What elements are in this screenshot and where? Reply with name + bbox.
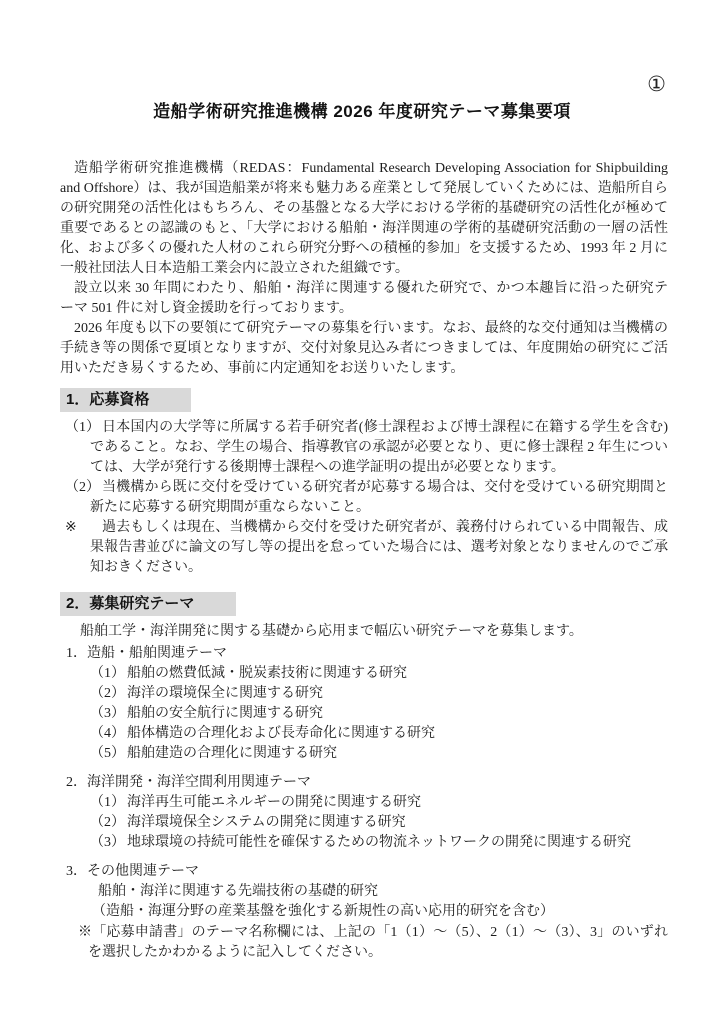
item-marker: （2）	[90, 684, 125, 704]
note-marker: ※	[78, 925, 92, 940]
theme-group-title: 1．造船・船舶関連テーマ	[60, 644, 668, 664]
item-marker: （3）	[90, 833, 125, 853]
item-marker: （1）	[90, 793, 125, 813]
item-text: 海洋の環境保全に関連する研究	[127, 686, 323, 701]
section-eligibility-heading: 1．応募資格	[60, 388, 191, 412]
eligibility-note: ※ 過去もしくは現在、当機構から交付を受けた研究者が、義務付けられている中間報告…	[60, 518, 668, 578]
theme-group-ocean: 2．海洋開発・海洋空間利用関連テーマ （1） 海洋再生可能エネルギーの開発に関連…	[60, 773, 668, 853]
theme-item: （2） 海洋環境保全システムの開発に関連する研究	[60, 813, 668, 833]
other-theme-line: 船舶・海洋に関連する先端技術の基礎的研究	[60, 882, 668, 902]
theme-group-title: 2．海洋開発・海洋空間利用関連テーマ	[60, 773, 668, 793]
theme-item: （1） 船舶の燃費低減・脱炭素技術に関連する研究	[60, 664, 668, 684]
item-text: 地球環境の持続可能性を確保するための物流ネットワークの開発に関連する研究	[127, 835, 631, 850]
item-marker: （1）	[65, 418, 100, 438]
item-text: 海洋再生可能エネルギーの開発に関連する研究	[127, 795, 421, 810]
theme-item: （3） 地球環境の持続可能性を確保するための物流ネットワークの開発に関連する研究	[60, 833, 668, 853]
note-text: 「応募申請書」のテーマ名称欄には、上記の「1（1）～（5）、2（1）～（3）、3…	[88, 925, 668, 960]
note-marker: ※	[65, 518, 77, 538]
intro-paragraph-2: 設立以来 30 年間にわたり、船舶・海洋に関連する優れた研究で、かつ本趣旨に沿っ…	[60, 279, 668, 319]
intro-paragraph-3: 2026 年度も以下の要領にて研究テーマの募集を行います。なお、最終的な交付通知…	[60, 319, 668, 379]
item-text: 船舶の燃費低減・脱炭素技術に関連する研究	[127, 666, 407, 681]
theme-group-title: 3．その他関連テーマ	[60, 862, 668, 882]
document-title: 造船学術研究推進機構 2026 年度研究テーマ募集要項	[0, 97, 724, 122]
item-marker: （4）	[90, 724, 125, 744]
eligibility-item: （2） 当機構から既に交付を受けている研究者が応募する場合は、交付を受けている研…	[60, 478, 668, 518]
item-marker: （2）	[90, 813, 125, 833]
theme-group-other: 3．その他関連テーマ 船舶・海洋に関連する先端技術の基礎的研究 （造船・海運分野…	[60, 862, 668, 922]
themes-lead-text: 船舶工学・海洋開発に関する基礎から応用まで幅広い研究テーマを募集します。	[60, 622, 668, 642]
theme-group-shipbuilding: 1．造船・船舶関連テーマ （1） 船舶の燃費低減・脱炭素技術に関連する研究 （2…	[60, 644, 668, 764]
other-theme-line: （造船・海運分野の産業基盤を強化する新規性の高い応用的研究を含む）	[60, 902, 668, 922]
theme-item: （1） 海洋再生可能エネルギーの開発に関連する研究	[60, 793, 668, 813]
item-text: 船舶建造の合理化に関連する研究	[127, 746, 337, 761]
item-text: 船体構造の合理化および長寿命化に関連する研究	[127, 726, 435, 741]
eligibility-item: （1） 日本国内の大学等に所属する若手研究者(修士課程および博士課程に在籍する学…	[60, 418, 668, 478]
theme-item: （3） 船舶の安全航行に関連する研究	[60, 704, 668, 724]
item-text: 船舶の安全航行に関連する研究	[127, 706, 323, 721]
section-themes-heading: 2．募集研究テーマ	[60, 592, 236, 616]
note-text: 過去もしくは現在、当機構から交付を受けた研究者が、義務付けられている中間報告、成…	[90, 520, 668, 575]
item-text: 日本国内の大学等に所属する若手研究者(修士課程および博士課程に在籍する学生を含む…	[90, 420, 668, 475]
document-body: 造船学術研究推進機構（REDAS：Fundamental Research De…	[60, 159, 668, 963]
theme-item: （5） 船舶建造の合理化に関連する研究	[60, 744, 668, 764]
intro-paragraph-1: 造船学術研究推進機構（REDAS：Fundamental Research De…	[60, 159, 668, 279]
item-marker: （2）	[65, 478, 100, 498]
item-text: 海洋環境保全システムの開発に関連する研究	[127, 815, 406, 830]
application-form-note: ※「応募申請書」のテーマ名称欄には、上記の「1（1）～（5）、2（1）～（3）、…	[60, 923, 668, 963]
document-page: ① 造船学術研究推進機構 2026 年度研究テーマ募集要項 造船学術研究推進機構…	[0, 0, 724, 1024]
item-marker: （3）	[90, 704, 125, 724]
theme-item: （4） 船体構造の合理化および長寿命化に関連する研究	[60, 724, 668, 744]
item-marker: （5）	[90, 744, 125, 764]
page-number-circle: ①	[647, 72, 666, 96]
section-research-themes: 2．募集研究テーマ 船舶工学・海洋開発に関する基礎から応用まで幅広い研究テーマを…	[60, 592, 668, 963]
section-eligibility: 1．応募資格 （1） 日本国内の大学等に所属する若手研究者(修士課程および博士課…	[60, 388, 668, 578]
item-marker: （1）	[90, 664, 125, 684]
item-text: 当機構から既に交付を受けている研究者が応募する場合は、交付を受けている研究期間と…	[90, 480, 668, 515]
theme-item: （2） 海洋の環境保全に関連する研究	[60, 684, 668, 704]
